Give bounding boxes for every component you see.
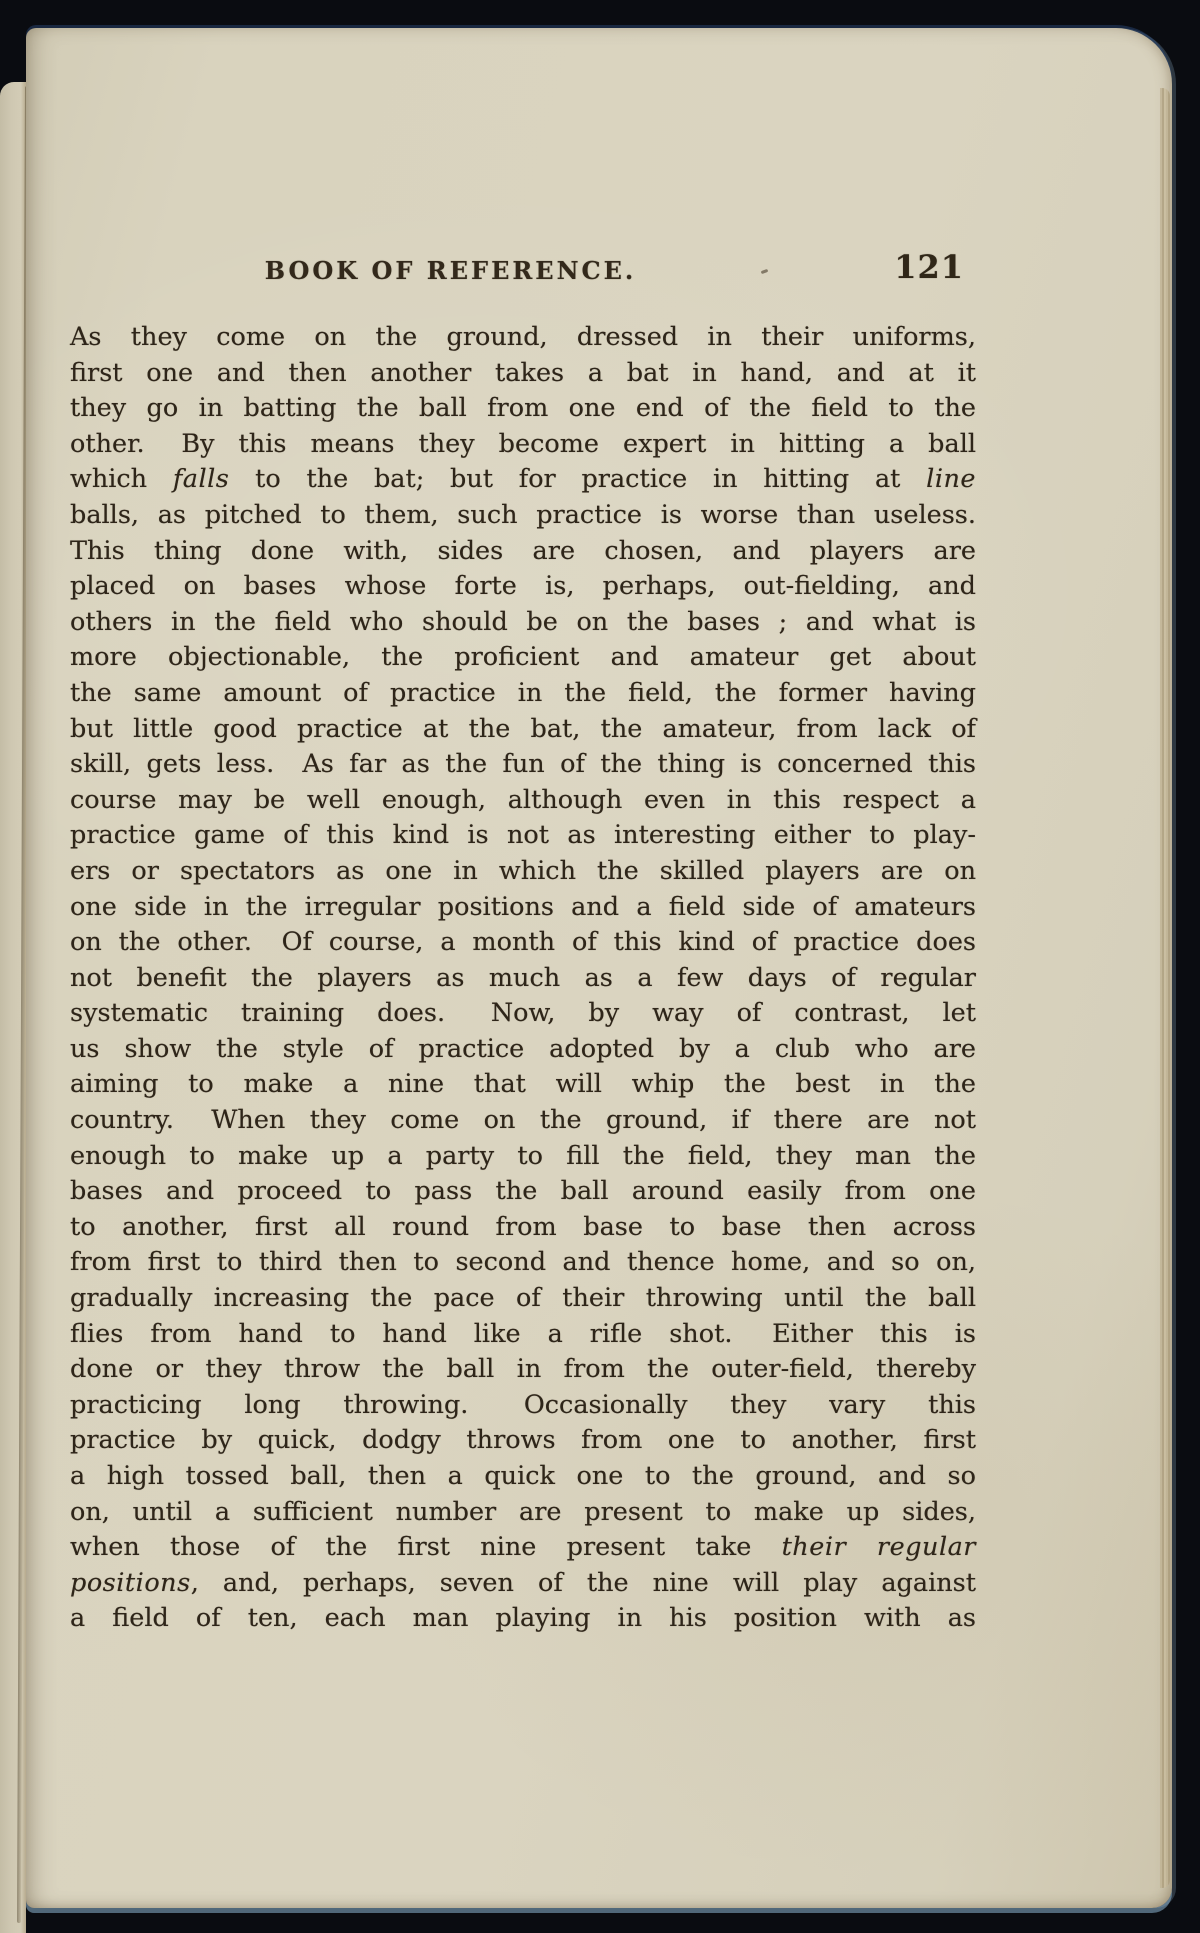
- text-line: country. When they come on the ground, i…: [70, 1103, 976, 1139]
- text-line: skill, gets less. As far as the fun of t…: [70, 747, 976, 783]
- text-line: but little good practice at the bat, the…: [70, 712, 976, 748]
- text-line: placed on bases whose forte is, perhaps,…: [70, 569, 976, 605]
- text-line: more objectionable, the proficient and a…: [70, 640, 976, 676]
- text-line: This thing done with, sides are chosen, …: [70, 534, 976, 570]
- running-head-title: BOOK OF REFERENCE.: [265, 256, 637, 285]
- text-line: a high tossed ball, then a quick one to …: [70, 1459, 976, 1495]
- running-head: BOOK OF REFERENCE. 121: [70, 248, 976, 294]
- text-line: us show the style of practice adopted by…: [70, 1032, 976, 1068]
- text-line: practice game of this kind is not as int…: [70, 818, 976, 854]
- text-line: balls, as pitched to them, such practice…: [70, 498, 976, 534]
- text-line: practice by quick, dodgy throws from one…: [70, 1423, 976, 1459]
- ink-speck: [761, 269, 769, 274]
- text-line: bases and proceed to pass the ball aroun…: [70, 1174, 976, 1210]
- text-line: not benefit the players as much as a few…: [70, 961, 976, 997]
- text-line: on the other. Of course, a month of this…: [70, 925, 976, 961]
- book-page: BOOK OF REFERENCE. 121 As they come on t…: [26, 28, 1172, 1908]
- text-line: other. By this means they become expert …: [70, 427, 976, 463]
- body-text: As they come on the ground, dressed in t…: [70, 320, 976, 1637]
- text-line: on, until a sufficient number are presen…: [70, 1495, 976, 1531]
- page-number: 121: [894, 248, 964, 286]
- text-line: ers or spectators as one in which the sk…: [70, 854, 976, 890]
- text-line: course may be well enough, although even…: [70, 783, 976, 819]
- page-edges-stack: [1160, 88, 1170, 1888]
- scanned-book-photo: { "page": { "header": { "title": "BOOK O…: [0, 0, 1200, 1933]
- text-line: a field of ten, each man playing in his …: [70, 1601, 976, 1637]
- text-line: flies from hand to hand like a rifle sho…: [70, 1317, 976, 1353]
- text-line: one side in the irregular positions and …: [70, 890, 976, 926]
- text-line: the same amount of practice in the field…: [70, 676, 976, 712]
- text-line: aiming to make a nine that will whip the…: [70, 1067, 976, 1103]
- page-content: BOOK OF REFERENCE. 121 As they come on t…: [70, 248, 976, 1637]
- text-line: they go in batting the ball from one end…: [70, 391, 976, 427]
- text-line: positions, and, perhaps, seven of the ni…: [70, 1566, 976, 1602]
- text-line: enough to make up a party to fill the fi…: [70, 1139, 976, 1175]
- text-line: from first to third then to second and t…: [70, 1245, 976, 1281]
- text-line: gradually increasing the pace of their t…: [70, 1281, 976, 1317]
- text-line: to another, first all round from base to…: [70, 1210, 976, 1246]
- text-line: done or they throw the ball in from the …: [70, 1352, 976, 1388]
- text-line: others in the field who should be on the…: [70, 605, 976, 641]
- text-line: practicing long throwing. Occasionally t…: [70, 1388, 976, 1424]
- text-line: which falls to the bat; but for practice…: [70, 462, 976, 498]
- text-line: when those of the first nine present tak…: [70, 1530, 976, 1566]
- text-line: first one and then another takes a bat i…: [70, 356, 976, 392]
- text-line: systematic training does. Now, by way of…: [70, 996, 976, 1032]
- text-line: As they come on the ground, dressed in t…: [70, 320, 976, 356]
